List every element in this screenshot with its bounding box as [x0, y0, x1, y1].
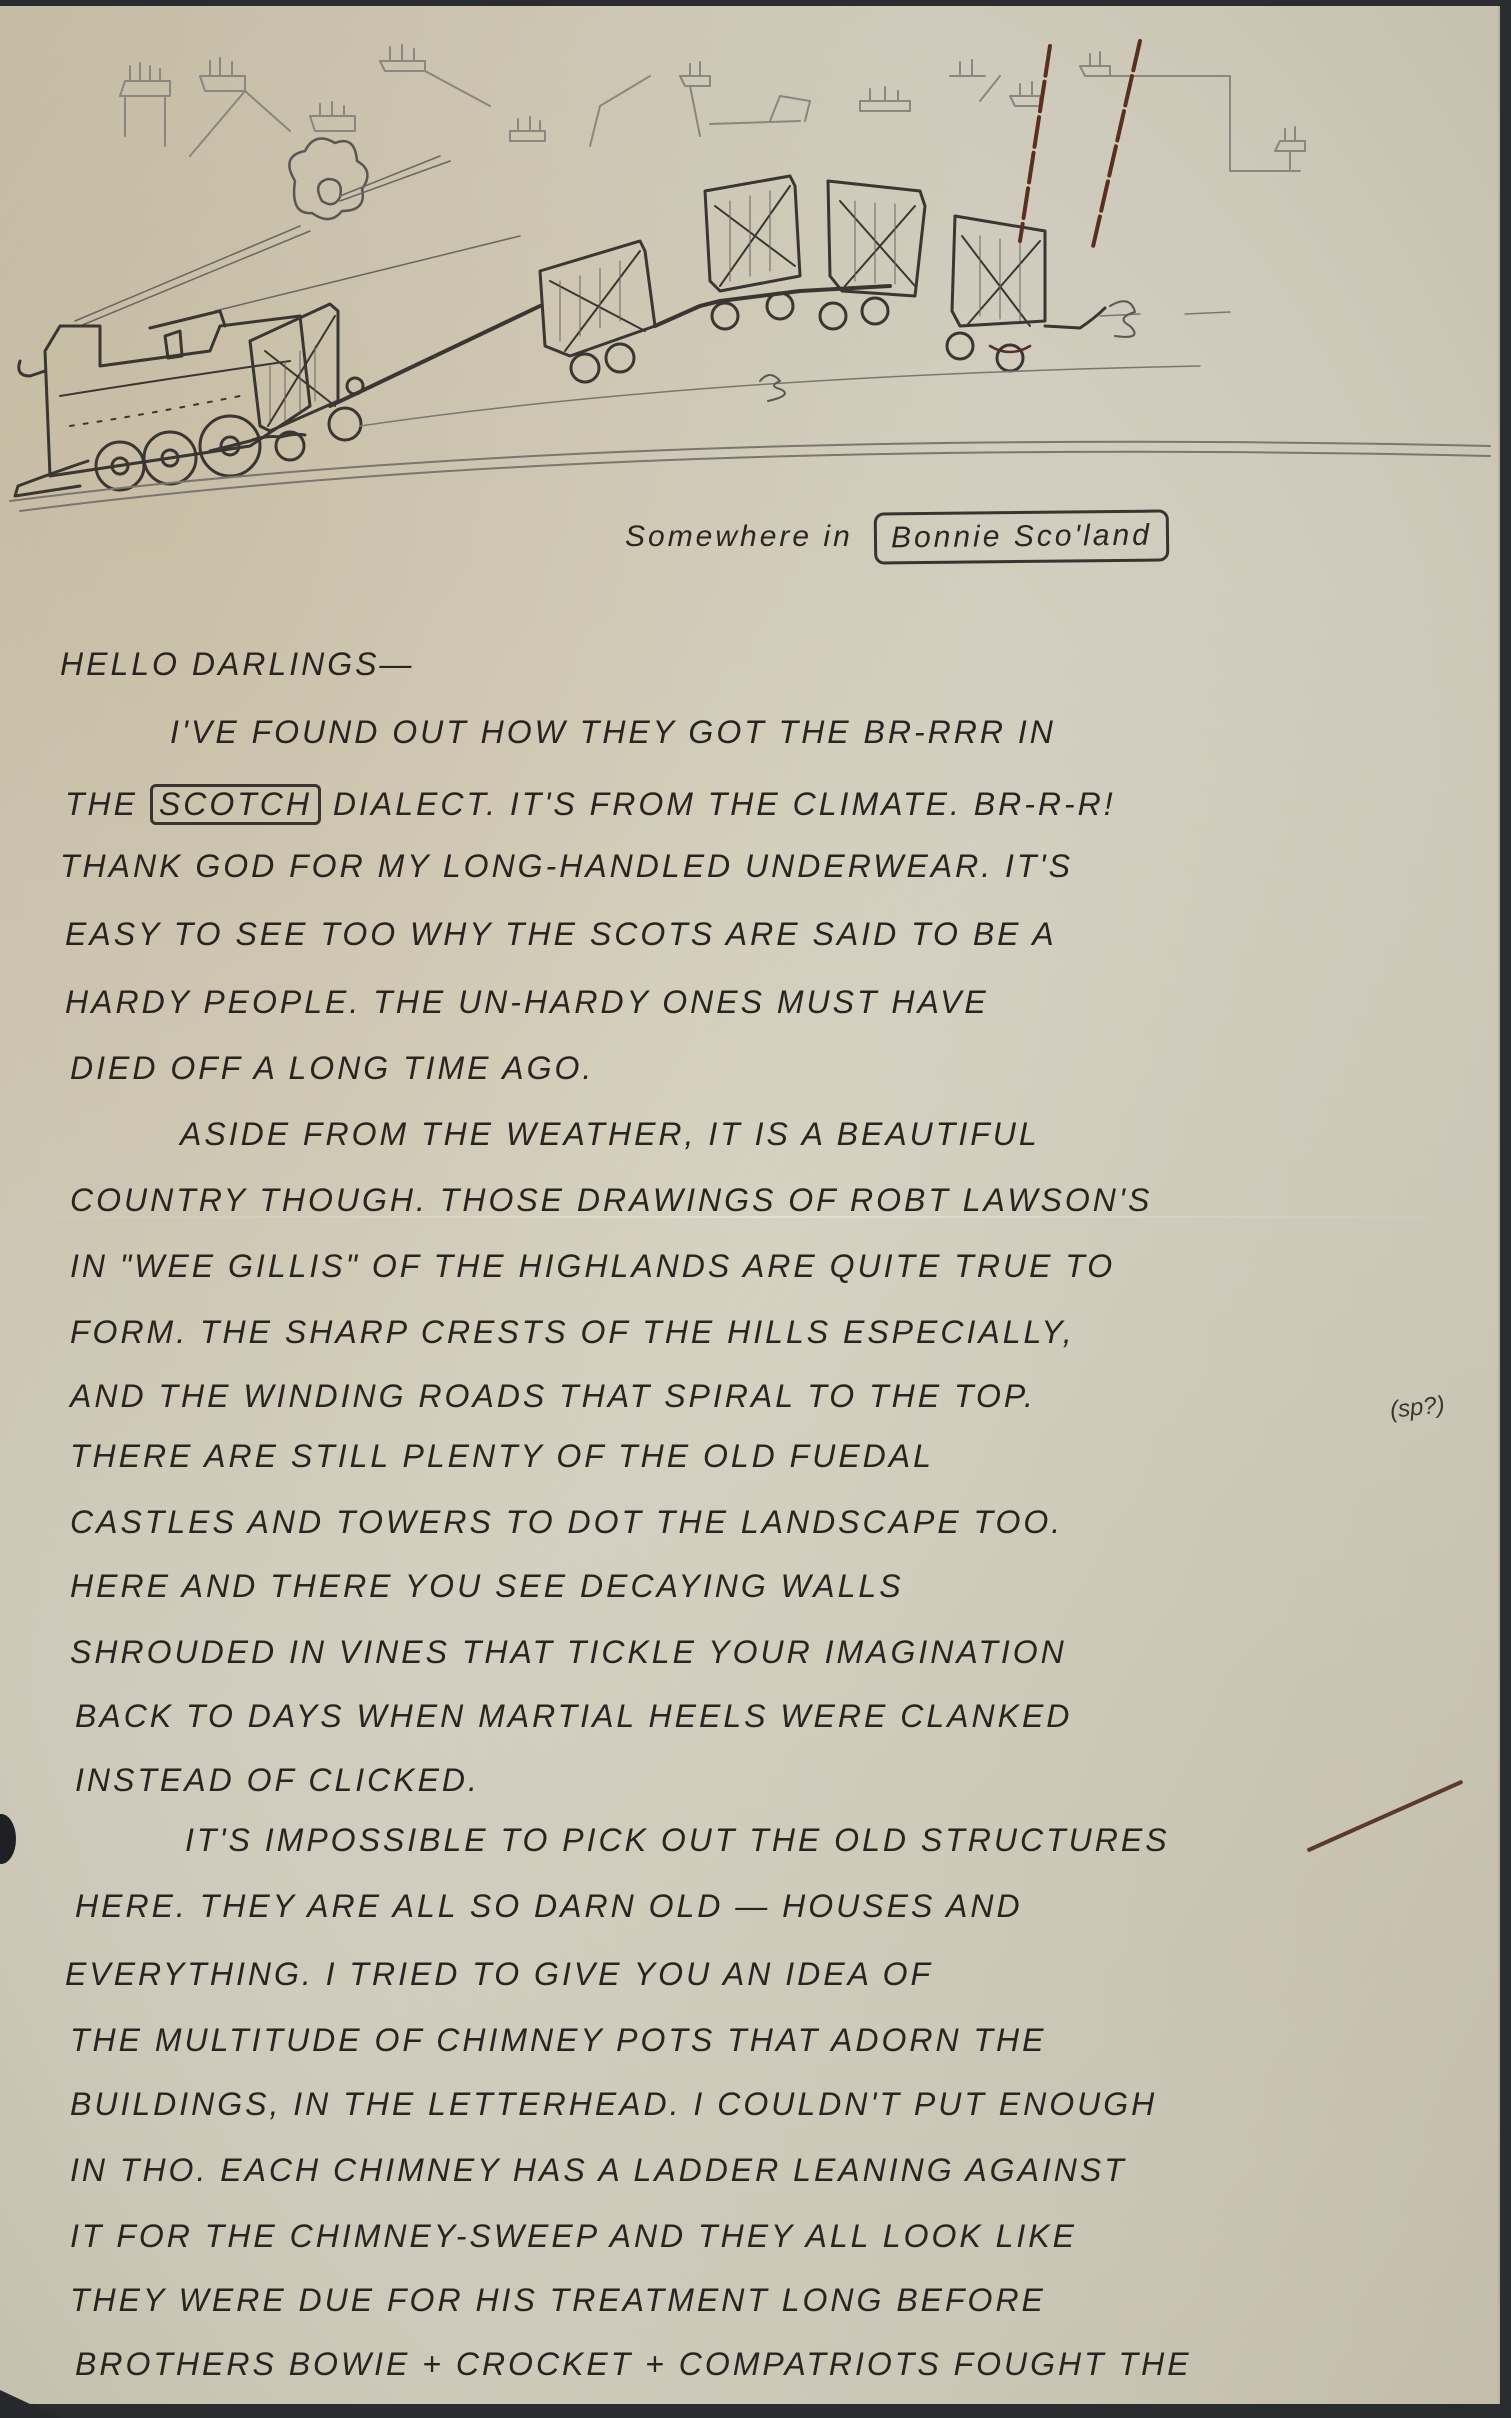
letter-line: everything. I tried to give you an idea … [65, 1956, 933, 1993]
letterhead-train-sketch [0, 6, 1498, 526]
railway-track-icon [10, 301, 1490, 511]
letter-line: form. The sharp crests of the hills espe… [70, 1314, 1075, 1351]
letter-line: shrouded in vines that tickle your imagi… [70, 1634, 1067, 1671]
boxed-word-scotch: Scotch [150, 784, 321, 825]
letter-line: There are still plenty of the old fuedal [70, 1438, 934, 1475]
dateline-place-boxed: Bonnie Sco'land [874, 509, 1169, 564]
letter-page: Somewhere in Bonnie Sco'land Hello Darli… [0, 6, 1500, 2404]
letter-line: back to days when martial heels were cla… [75, 1698, 1072, 1735]
letter-line: in "Wee Gillis" of the highlands are qui… [70, 1248, 1115, 1285]
letter-line: and the winding roads that spiral to the… [70, 1378, 1036, 1415]
letter-line: easy to see too why the Scots are said t… [65, 916, 1057, 953]
freight-car-4 [820, 181, 925, 329]
line-post: dialect. It's from the climate. Br-r-r! [333, 786, 1116, 822]
freight-car-2 [540, 241, 655, 382]
letter-line: Aside from the weather, it is a beautifu… [180, 1116, 1040, 1153]
ink-stroke-mark [1307, 1780, 1464, 1853]
letter-line: hardy people. The un-hardy ones must hav… [65, 984, 989, 1021]
letter-line: instead of clicked. [75, 1762, 480, 1799]
letter-line: country though. Those drawings of Robt L… [70, 1182, 1152, 1219]
steam-locomotive-icon [15, 311, 310, 496]
binder-hole [0, 1814, 16, 1864]
letter-line: Here and there you see decaying walls [70, 1568, 904, 1605]
freight-car-3 [705, 176, 800, 329]
letter-line: I've found out how they got the Br-rrr i… [170, 714, 1056, 751]
letter-line: castles and towers to dot the landscape … [70, 1504, 1063, 1541]
letter-line: buildings, in the letterhead. I couldn't… [70, 2086, 1157, 2123]
line-pre: the [65, 786, 138, 822]
letter-line: the multitude of chimney pots that adorn… [70, 2022, 1046, 2059]
letter-line: It's impossible to pick out the old stru… [185, 1822, 1170, 1859]
letter-line: died off a long time ago. [70, 1050, 594, 1087]
salutation: Hello Darlings— [60, 646, 414, 683]
letter-line: Thank God for my long-handled underwear.… [60, 848, 1073, 885]
smoke-puff-icon [75, 139, 520, 327]
dateline: Somewhere in Bonnie Sco'land [625, 511, 1169, 563]
dateline-prefix: Somewhere in [625, 520, 853, 553]
freight-cars-icon [250, 176, 1105, 460]
letter-line: it for the chimney-sweep and they all lo… [70, 2218, 1077, 2255]
letter-line: the Scotch dialect. It's from the climat… [65, 784, 1116, 825]
letter-line: in tho. Each chimney has a ladder leanin… [70, 2152, 1127, 2189]
margin-note-sp: (sp?) [1389, 1391, 1446, 1425]
letter-line: Brothers Bowie + Crocket + compatriots f… [75, 2346, 1192, 2383]
letter-line: they were due for his treatment long bef… [70, 2282, 1046, 2319]
letter-line: here. They are all so darn old — houses … [75, 1888, 1023, 1925]
ink-ladder-lines-icon [990, 41, 1140, 352]
